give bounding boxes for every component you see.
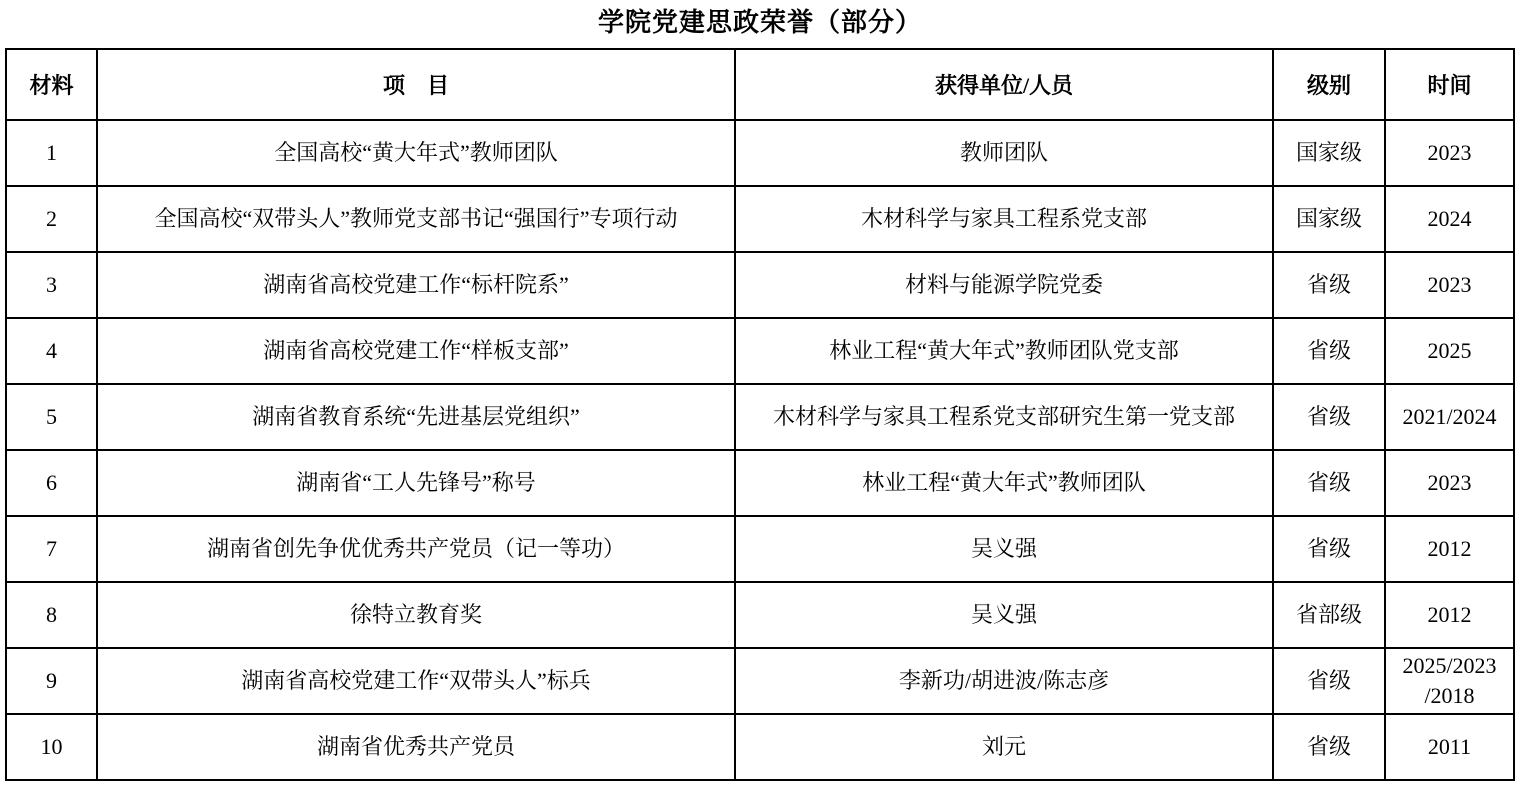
cell-level: 省级	[1273, 714, 1385, 780]
cell-level: 省部级	[1273, 582, 1385, 648]
table-row: 9湖南省高校党建工作“双带头人”标兵李新功/胡进波/陈志彦省级2025/2023…	[6, 648, 1514, 714]
cell-level: 省级	[1273, 450, 1385, 516]
honors-table: 材料 项 目 获得单位/人员 级别 时间 1全国高校“黄大年式”教师团队教师团队…	[5, 48, 1515, 781]
page-title: 学院党建思政荣誉（部分）	[0, 0, 1520, 48]
document-page: 学院党建思政荣誉（部分） 材料 项 目 获得单位/人员 级别 时间 1全国高校“…	[0, 0, 1520, 801]
cell-project: 湖南省优秀共产党员	[97, 714, 735, 780]
cell-time: 2023	[1385, 450, 1514, 516]
cell-time: 2024	[1385, 186, 1514, 252]
cell-material: 10	[6, 714, 97, 780]
cell-time: 2025	[1385, 318, 1514, 384]
table-row: 6湖南省“工人先锋号”称号林业工程“黄大年式”教师团队省级2023	[6, 450, 1514, 516]
cell-level: 省级	[1273, 516, 1385, 582]
table-row: 4湖南省高校党建工作“样板支部”林业工程“黄大年式”教师团队党支部省级2025	[6, 318, 1514, 384]
cell-project: 湖南省教育系统“先进基层党组织”	[97, 384, 735, 450]
cell-material: 2	[6, 186, 97, 252]
cell-recipient: 吴义强	[735, 582, 1273, 648]
cell-material: 3	[6, 252, 97, 318]
cell-recipient: 木材科学与家具工程系党支部	[735, 186, 1273, 252]
cell-project: 徐特立教育奖	[97, 582, 735, 648]
cell-project: 湖南省高校党建工作“标杆院系”	[97, 252, 735, 318]
cell-material: 8	[6, 582, 97, 648]
table-row: 1全国高校“黄大年式”教师团队教师团队国家级2023	[6, 120, 1514, 186]
cell-project: 全国高校“双带头人”教师党支部书记“强国行”专项行动	[97, 186, 735, 252]
cell-material: 4	[6, 318, 97, 384]
cell-time: 2025/2023 /2018	[1385, 648, 1514, 714]
cell-level: 省级	[1273, 252, 1385, 318]
cell-level: 国家级	[1273, 186, 1385, 252]
cell-recipient: 材料与能源学院党委	[735, 252, 1273, 318]
cell-material: 9	[6, 648, 97, 714]
cell-project: 湖南省高校党建工作“样板支部”	[97, 318, 735, 384]
cell-material: 1	[6, 120, 97, 186]
cell-time: 2023	[1385, 120, 1514, 186]
table-row: 2全国高校“双带头人”教师党支部书记“强国行”专项行动木材科学与家具工程系党支部…	[6, 186, 1514, 252]
table-row: 3湖南省高校党建工作“标杆院系”材料与能源学院党委省级2023	[6, 252, 1514, 318]
cell-time: 2012	[1385, 582, 1514, 648]
cell-recipient: 林业工程“黄大年式”教师团队	[735, 450, 1273, 516]
table-header-row: 材料 项 目 获得单位/人员 级别 时间	[6, 49, 1514, 120]
col-header-level: 级别	[1273, 49, 1385, 120]
col-header-project: 项 目	[97, 49, 735, 120]
cell-material: 5	[6, 384, 97, 450]
col-header-material: 材料	[6, 49, 97, 120]
col-header-time: 时间	[1385, 49, 1514, 120]
table-body: 1全国高校“黄大年式”教师团队教师团队国家级20232全国高校“双带头人”教师党…	[6, 120, 1514, 780]
cell-recipient: 刘元	[735, 714, 1273, 780]
cell-recipient: 吴义强	[735, 516, 1273, 582]
cell-project: 湖南省创先争优优秀共产党员（记一等功）	[97, 516, 735, 582]
table-row: 7湖南省创先争优优秀共产党员（记一等功）吴义强省级2012	[6, 516, 1514, 582]
cell-project: 湖南省高校党建工作“双带头人”标兵	[97, 648, 735, 714]
cell-time: 2011	[1385, 714, 1514, 780]
cell-recipient: 教师团队	[735, 120, 1273, 186]
cell-recipient: 李新功/胡进波/陈志彦	[735, 648, 1273, 714]
cell-time: 2021/2024	[1385, 384, 1514, 450]
cell-material: 7	[6, 516, 97, 582]
cell-project: 湖南省“工人先锋号”称号	[97, 450, 735, 516]
cell-time: 2012	[1385, 516, 1514, 582]
table-row: 5湖南省教育系统“先进基层党组织”木材科学与家具工程系党支部研究生第一党支部省级…	[6, 384, 1514, 450]
cell-project: 全国高校“黄大年式”教师团队	[97, 120, 735, 186]
cell-level: 省级	[1273, 384, 1385, 450]
table-row: 10湖南省优秀共产党员刘元省级2011	[6, 714, 1514, 780]
table-row: 8徐特立教育奖吴义强省部级2012	[6, 582, 1514, 648]
cell-recipient: 木材科学与家具工程系党支部研究生第一党支部	[735, 384, 1273, 450]
cell-level: 省级	[1273, 318, 1385, 384]
cell-time: 2023	[1385, 252, 1514, 318]
cell-recipient: 林业工程“黄大年式”教师团队党支部	[735, 318, 1273, 384]
cell-level: 省级	[1273, 648, 1385, 714]
cell-material: 6	[6, 450, 97, 516]
cell-level: 国家级	[1273, 120, 1385, 186]
col-header-recipient: 获得单位/人员	[735, 49, 1273, 120]
